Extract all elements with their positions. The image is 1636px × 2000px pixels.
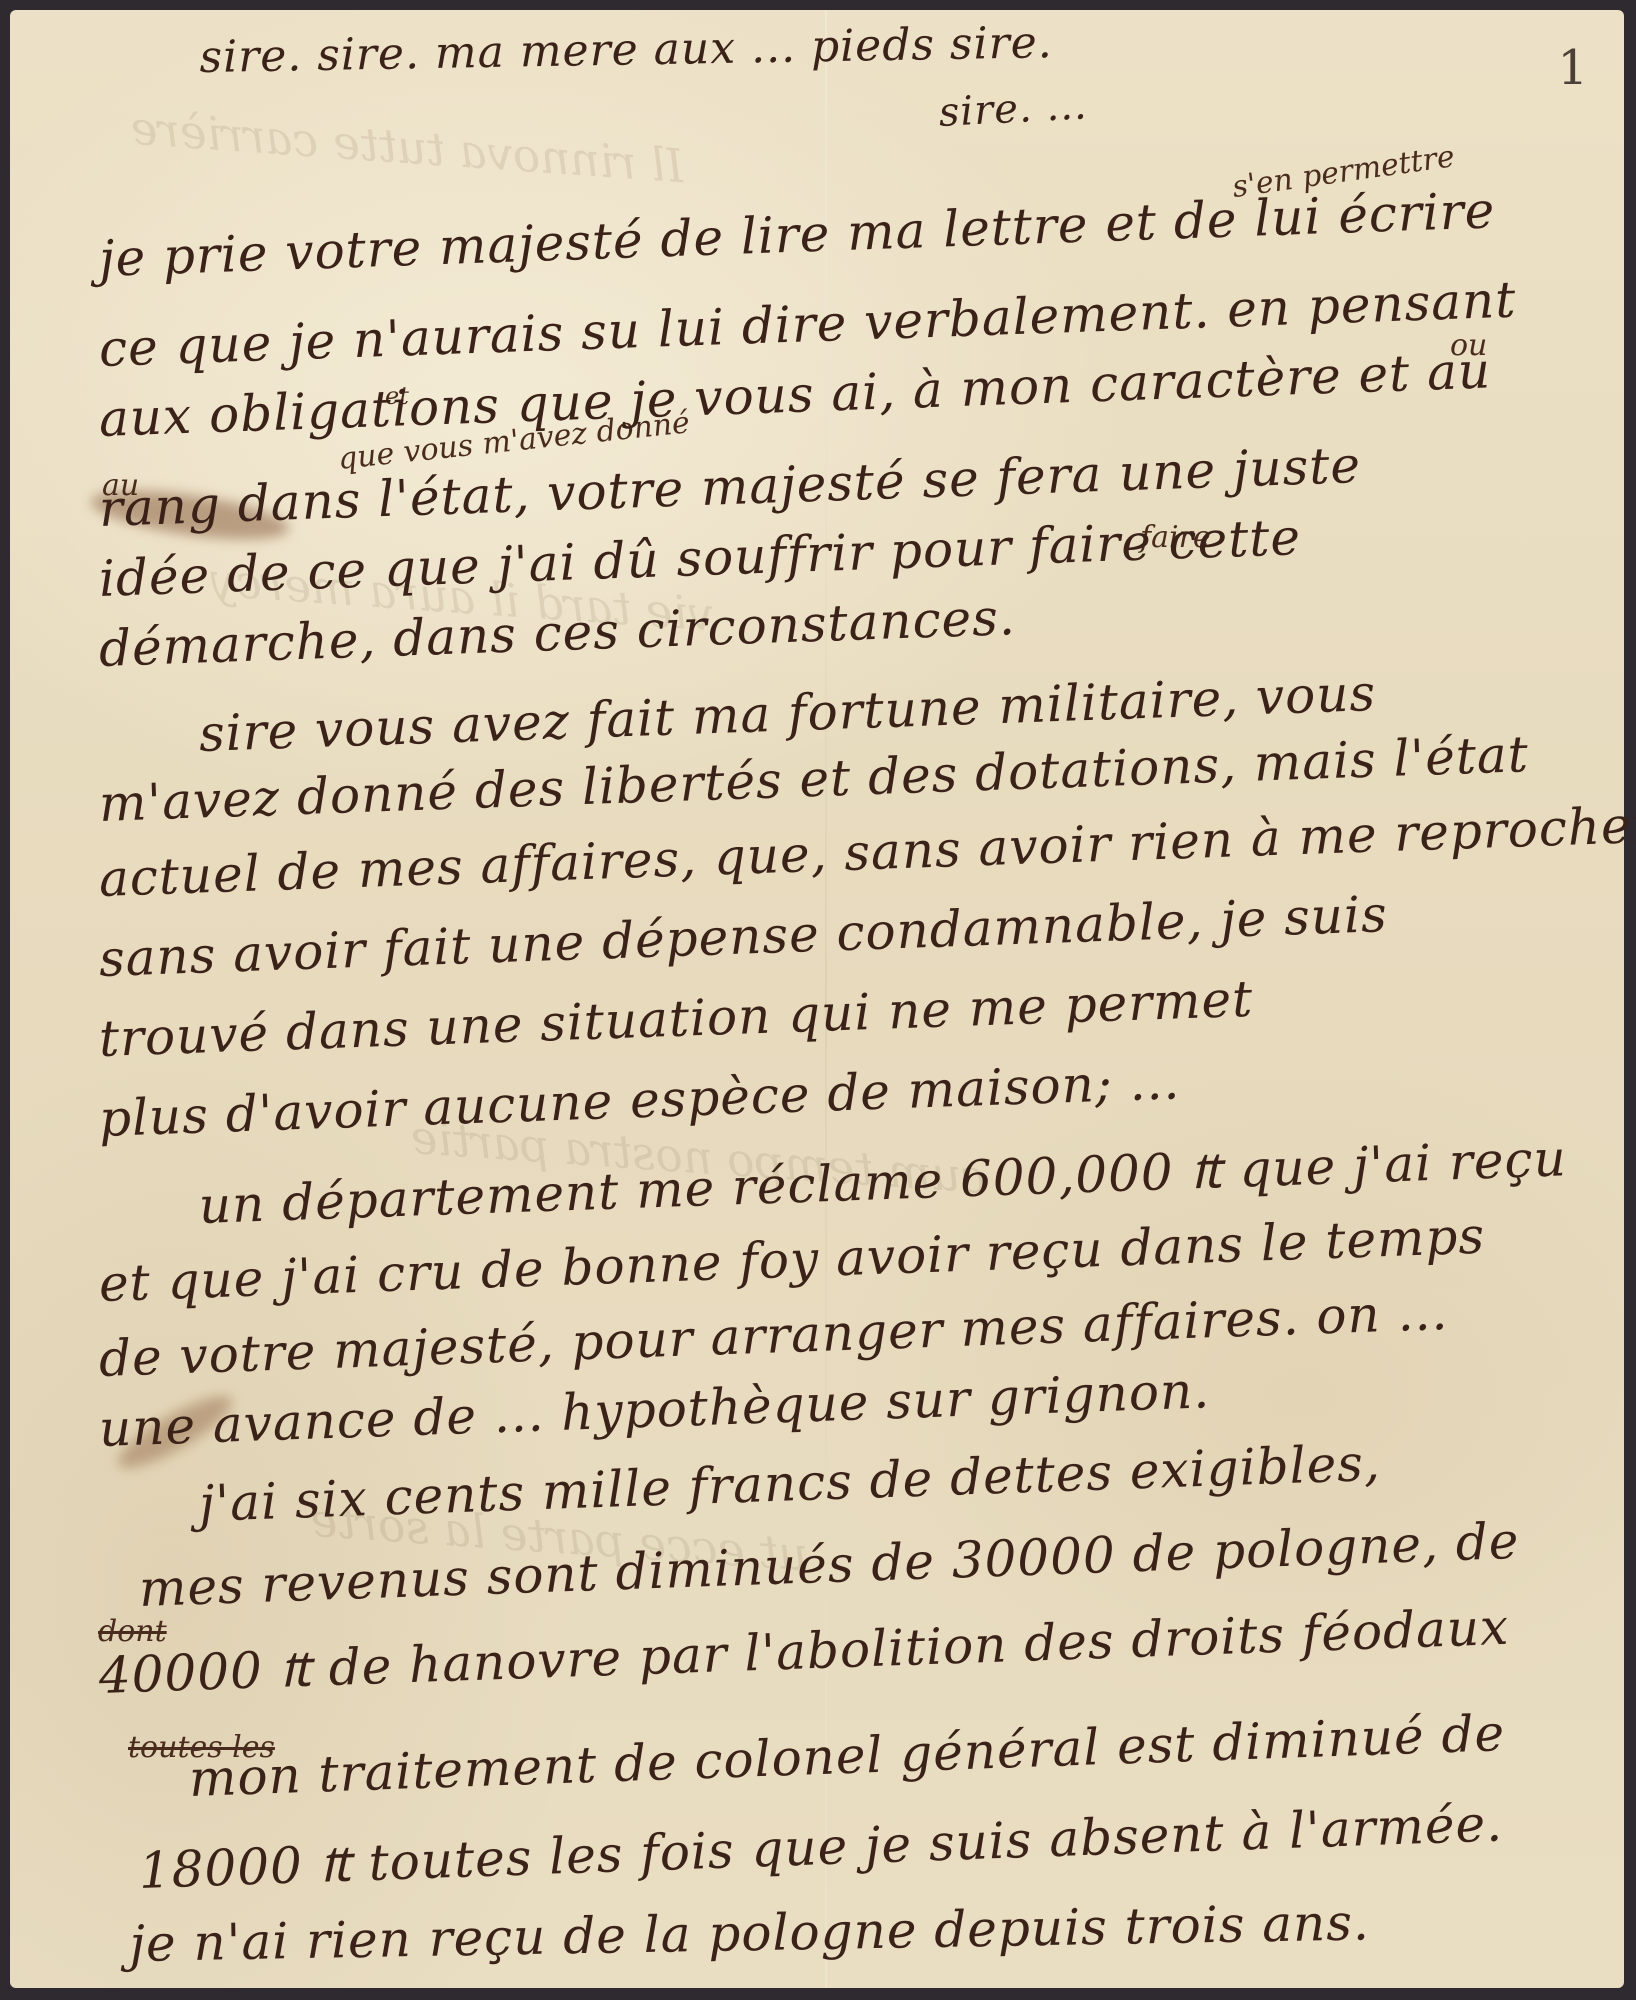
bleed-through-text: Il rinnova tutte carrière xyxy=(129,101,686,194)
body-line-20: mon traitement de colonel général est di… xyxy=(188,1704,1506,1808)
body-line-21: 18000 ₶ toutes les fois que je suis abse… xyxy=(138,1787,1504,1903)
body-line-17: j'ai six cents mille francs de dettes ex… xyxy=(198,1434,1382,1533)
manuscript-page: Il rinnova tutte carrière vie tard il au… xyxy=(10,10,1624,1988)
body-line-1: je prie votre majesté de lire ma lettre … xyxy=(98,181,1496,288)
body-line-22: je n'ai rien reçu de la pologne depuis t… xyxy=(129,1893,1370,1973)
body-line-11: trouvé dans une situation qui ne me perm… xyxy=(98,970,1254,1068)
header-line-2: sire. ... xyxy=(938,82,1089,136)
body-line-12: plus d'avoir aucune espèce de maison; ..… xyxy=(98,1052,1181,1148)
page-number: 1 xyxy=(1557,40,1588,96)
header-line-1: sire. sire. ma mere aux ... pieds sire. xyxy=(199,17,1053,83)
